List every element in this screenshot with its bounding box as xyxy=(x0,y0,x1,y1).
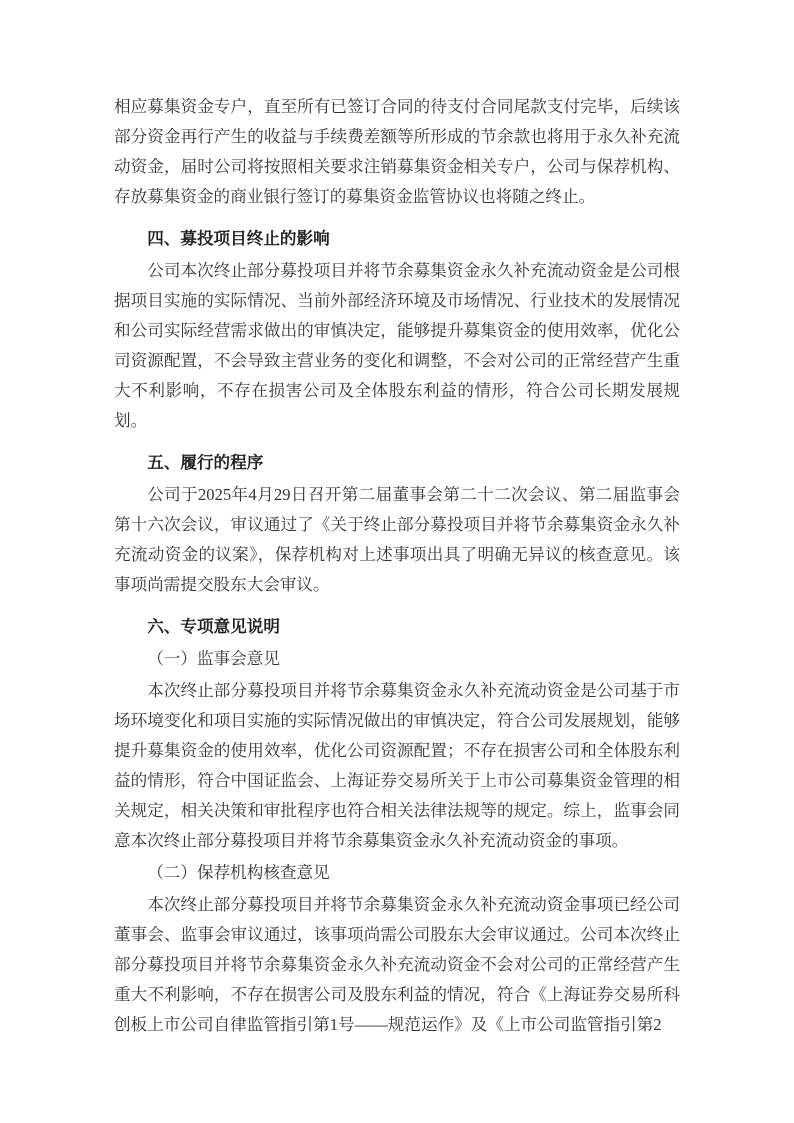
document-page: 相应募集资金专户，直至所有已签订合同的待支付合同尾款支付完毕，后续该部分资金再行… xyxy=(0,0,794,1123)
paragraph-procedures-performed: 公司于2025年4月29日召开第二届董事会第二十二次会议、第二届监事会第十六次会… xyxy=(114,480,680,600)
paragraph-supervisory-board-opinion: 本次终止部分募投项目并将节余募集资金永久补充流动资金是公司基于市场环境变化和项目… xyxy=(114,676,680,856)
subheading-supervisory-board-opinion: （一）监事会意见 xyxy=(114,644,680,674)
paragraph-termination-impact: 公司本次终止部分募投项目并将节余募集资金永久补充流动资金是公司根据项目实施的实际… xyxy=(114,256,680,436)
heading-section-six-special-opinions: 六、专项意见说明 xyxy=(114,612,680,642)
heading-section-five-procedures: 五、履行的程序 xyxy=(114,448,680,478)
subheading-sponsor-verification-opinion: （二）保荐机构核查意见 xyxy=(114,858,680,888)
document-body: 相应募集资金专户，直至所有已签订合同的待支付合同尾款支付完毕，后续该部分资金再行… xyxy=(114,92,680,1042)
paragraph-fund-account-continuation: 相应募集资金专户，直至所有已签订合同的待支付合同尾款支付完毕，后续该部分资金再行… xyxy=(114,92,680,212)
heading-section-four-impact: 四、募投项目终止的影响 xyxy=(114,224,680,254)
paragraph-sponsor-verification-opinion: 本次终止部分募投项目并将节余募集资金永久补充流动资金事项已经公司董事会、监事会审… xyxy=(114,890,680,1040)
